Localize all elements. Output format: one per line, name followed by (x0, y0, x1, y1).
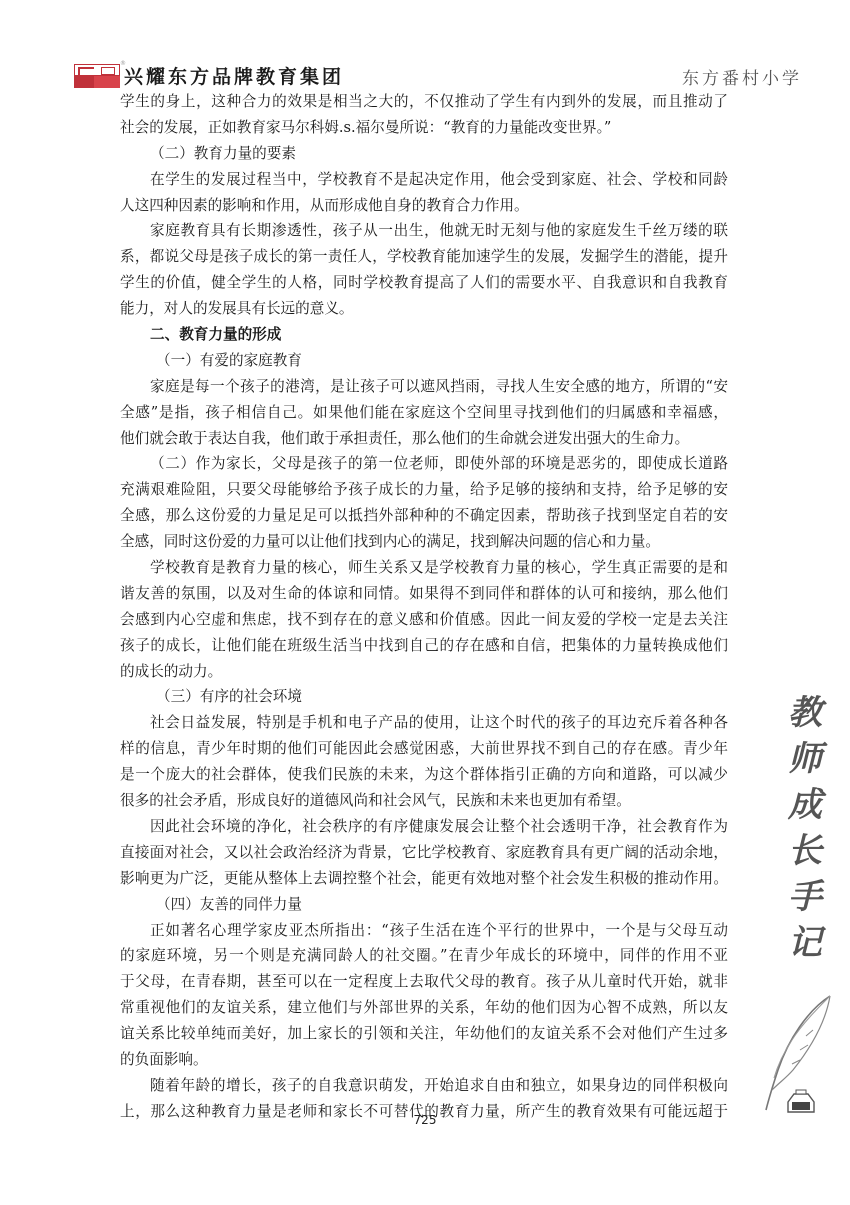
text-line: 的家庭环境，另一个则是充满同龄人的社交圈。”在青少年成长的环境中，同伴的作用不亚 (120, 943, 728, 969)
text-line: 因此社会环境的净化，社会秩序的有序健康发展会让整个社会透明干净，社会教育作为 (120, 814, 728, 840)
text-line: （二）作为家长，父母是孩子的第一位老师，即使外部的环境是恶劣的，即使成长道路 (120, 451, 728, 477)
text-line: 社会的发展，正如教育家马尔科姆.s.福尔曼所说：“教育的力量能改变世界。” (120, 115, 728, 141)
text-line: 在学生的发展过程当中，学校教育不是起决定作用，他会受到家庭、社会、学校和同龄 (120, 167, 728, 193)
text-line: 会感到内心空虚和焦虑，找不到存在的意义感和价值感。因此一间友爱的学校一定是去关注 (120, 607, 728, 633)
text-line: 于父母，在青春期，甚至可以在一定程度上去取代父母的教育。孩子从儿童时代开始，就非 (120, 969, 728, 995)
text-line: 的负面影响。 (120, 1047, 728, 1073)
calligraphy-char: 记 (788, 920, 822, 966)
calligraphy-char: 成 (788, 782, 822, 828)
logo-bottom-block (74, 76, 120, 88)
calligraphy-char: 长 (788, 828, 822, 874)
logo-red-block-left (74, 76, 94, 88)
text-line: 谐友善的氛围，以及对生命的体谅和同情。如果得不到同伴和群体的认可和接纳，那么他们 (120, 581, 728, 607)
text-line: 常重视他们的友谊关系，建立他们与外部世界的关系，年幼的他们因为心智不成熟，所以友 (120, 995, 728, 1021)
school-name: 东方番村小学 (682, 64, 802, 89)
text-line: 人这四种因素的影响和作用，从而形成他自身的教育合力作用。 (120, 193, 728, 219)
text-line: 充满艰难险阻，只要父母能够给予孩子成长的力量，给予足够的接纳和支持，给予足够的安 (120, 477, 728, 503)
text-line: 能力，对人的发展具有长远的意义。 (120, 296, 728, 322)
text-line: 直接面对社会，又以社会政治经济为背景，它比学校教育、家庭教育具有更广阔的活动余地… (120, 840, 728, 866)
page-number: 725 (0, 1113, 850, 1127)
text-line: 学生的身上，这种合力的效果是相当之大的，不仅推动了学生有内到外的发展，而且推动了 (120, 89, 728, 115)
text-line: 社会日益发展，特别是手机和电子产品的使用，让这个时代的孩子的耳边充斥着各种各 (120, 710, 728, 736)
text-line: 很多的社会矛盾，形成良好的道德风尚和社会风气，民族和未来也更加有希望。 (120, 788, 728, 814)
text-line: 孩子的成长，让他们能在班级生活当中找到自己的存在感和自信，把集体的力量转换成他们 (120, 633, 728, 659)
text-line: 全感”是指，孩子相信自己。如果他们能在家庭这个空间里寻找到他们的归属感和幸福感， (120, 400, 728, 426)
subsection-heading: （四）友善的同伴力量 (120, 892, 728, 918)
text-line: 是一个庞大的社会群体，使我们民族的未来，为这个群体指引正确的方向和道路，可以减少 (120, 762, 728, 788)
text-line: 的成长的动力。 (120, 659, 728, 685)
logo-top-block (74, 64, 120, 76)
document-body: 学生的身上，这种合力的效果是相当之大的，不仅推动了学生有内到外的发展，而且推动了… (120, 89, 728, 1125)
subsection-heading: （三）有序的社会环境 (120, 684, 728, 710)
text-line: 全感，那么这份爱的力量足足可以抵挡外部种种的不确定因素，帮助孩子找到坚定自若的安 (120, 503, 728, 529)
logo-red-block-right (94, 76, 120, 88)
brand-logo: ® (74, 64, 120, 88)
text-line: 影响更为广泛，更能从整体上去调控整个社会，能更有效地对整个社会发生积极的推动作用… (120, 866, 728, 892)
calligraphy-char: 师 (788, 736, 822, 782)
page-header: ® 兴耀东方品牌教育集团 东方番村小学 (0, 0, 850, 90)
text-line: 正如著名心理学家皮亚杰所指出：“孩子生活在连个平行的世界中，一个是与父母互动 (120, 918, 728, 944)
quill-inkwell-icon (758, 990, 838, 1120)
side-calligraphy-title: 教师成长手记 (775, 690, 835, 966)
subsection-heading: （一）有爱的家庭教育 (120, 348, 728, 374)
text-line: 系，都说父母是孩子成长的第一责任人，学校教育能加速学生的发展，发掘学生的潜能，提… (120, 244, 728, 270)
text-line: 家庭是每一个孩子的港湾，是让孩子可以遮风挡雨，寻找人生安全感的地方，所谓的“安 (120, 374, 728, 400)
section-heading: 二、教育力量的形成 (120, 322, 728, 348)
text-line: 样的信息，青少年时期的他们可能因此会感觉困惑，大前世界找不到自己的存在感。青少年 (120, 736, 728, 762)
text-line: 家庭教育具有长期渗透性，孩子从一出生，他就无时无刻与他的家庭发生千丝万缕的联 (120, 218, 728, 244)
text-line: 随着年龄的增长，孩子的自我意识萌发，开始追求自由和独立，如果身边的同伴积极向 (120, 1073, 728, 1099)
calligraphy-char: 教 (788, 690, 822, 736)
subsection-heading: （二）教育力量的要素 (120, 141, 728, 167)
text-line: 全感，同时这份爱的力量可以让他们找到内心的满足，找到解决问题的信心和力量。 (120, 529, 728, 555)
text-line: 学生的价值，健全学生的人格，同时学校教育提高了人们的需要水平、自我意识和自我教育 (120, 270, 728, 296)
brand-title: 兴耀东方品牌教育集团 (124, 62, 344, 89)
text-line: 谊关系比较单纯而美好，加上家长的引领和关注，年幼他们的友谊关系不会对他们产生过多 (120, 1021, 728, 1047)
text-line: 学校教育是教育力量的核心，师生关系又是学校教育力量的核心，学生真正需要的是和 (120, 555, 728, 581)
text-line: 他们就会敢于表达自我，他们敢于承担责任，那么他们的生命就会迸发出强大的生命力。 (120, 426, 728, 452)
calligraphy-char: 手 (788, 874, 822, 920)
